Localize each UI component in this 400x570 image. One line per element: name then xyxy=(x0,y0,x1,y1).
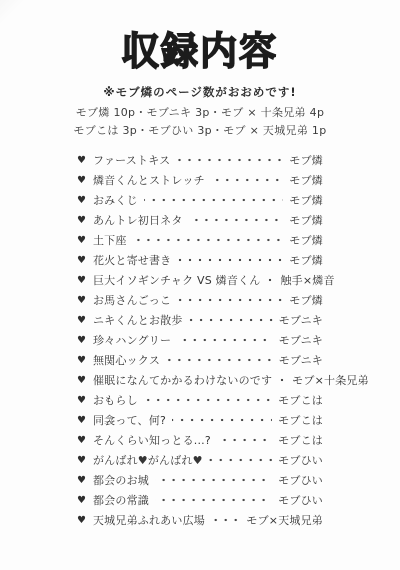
toc-item-attribution: モブ燐 xyxy=(289,152,323,168)
heart-bullet-icon: ♥ xyxy=(77,335,86,346)
heart-bullet-icon: ♥ xyxy=(77,455,86,466)
toc-row: ♥無関心ックスモブニキ xyxy=(77,350,323,370)
toc-item-attribution: モブひい xyxy=(278,472,323,488)
heart-bullet-icon: ♥ xyxy=(77,355,86,366)
toc-item-title: 催眠になんてかかるわけないのです xyxy=(93,372,272,388)
dot-leader xyxy=(177,255,283,265)
toc-item-title: ニキくんとお散歩 xyxy=(93,312,183,328)
toc-item-attribution: モブ×天城兄弟 xyxy=(246,512,323,528)
heart-bullet-icon: ♥ xyxy=(77,255,86,266)
dot-leader xyxy=(217,435,272,445)
dot-leader xyxy=(177,295,283,305)
toc-item-title: 天城兄弟ふれあい広場 xyxy=(93,512,205,528)
dot-leader xyxy=(278,375,286,385)
toc-item-title: 燐音くんとストレッチ xyxy=(93,172,205,188)
heart-bullet-icon: ♥ xyxy=(77,495,86,506)
toc-item-attribution: モブひい xyxy=(278,492,323,508)
toc-row: ♥燐音くんとストレッチモブ燐 xyxy=(77,170,323,190)
heart-bullet-icon: ♥ xyxy=(77,195,86,206)
toc-item-title: 都会のお城 xyxy=(93,472,149,488)
toc-item-attribution: モブニキ xyxy=(279,332,323,348)
toc-row: ♥花火と寄せ書きモブ燐 xyxy=(77,250,323,270)
heart-bullet-icon: ♥ xyxy=(77,475,86,486)
toc-row: ♥同衾って、何?モブこは xyxy=(77,410,323,430)
page-counts-line-1: モブ燐 10p・モブニキ 3p・モブ × 十条兄弟 4p xyxy=(0,104,400,122)
toc-row: ♥おもらしモブこは xyxy=(77,390,323,410)
toc-item-attribution: モブこは xyxy=(278,432,323,448)
toc-item-attribution: モブニキ xyxy=(279,352,323,368)
heart-bullet-icon: ♥ xyxy=(77,155,86,166)
toc-item-attribution: モブ燐 xyxy=(289,232,323,248)
toc-item-attribution: モブ燐 xyxy=(289,192,323,208)
heart-bullet-icon: ♥ xyxy=(77,215,86,226)
dot-leader xyxy=(166,355,273,365)
toc-row: ♥そんくらい知っとる...?モブこは xyxy=(77,430,323,450)
heart-bullet-icon: ♥ xyxy=(77,395,86,406)
toc-item-attribution: モブ燐 xyxy=(289,212,323,228)
heart-bullet-icon: ♥ xyxy=(77,315,86,326)
heart-bullet-icon: ♥ xyxy=(77,295,86,306)
toc-list: ♥ファーストキスモブ燐♥燐音くんとストレッチモブ燐♥おみくじモブ燐♥あんトレ初日… xyxy=(77,150,323,530)
toc-item-title: 珍々ハングリー xyxy=(93,332,171,348)
dot-leader xyxy=(172,415,272,425)
dot-leader xyxy=(155,495,272,505)
toc-item-title: あんトレ初日ネタ xyxy=(93,212,183,228)
heart-bullet-icon: ♥ xyxy=(77,435,86,446)
heart-bullet-icon: ♥ xyxy=(77,515,86,526)
toc-item-title: お馬さんごっこ xyxy=(93,292,171,308)
heart-bullet-icon: ♥ xyxy=(77,175,86,186)
toc-item-attribution: 触手×燐音 xyxy=(280,272,334,288)
toc-row: ♥おみくじモブ燐 xyxy=(77,190,323,210)
toc-item-attribution: モブこは xyxy=(278,392,323,408)
heart-bullet-icon: ♥ xyxy=(77,375,86,386)
toc-item-title: ファーストキス xyxy=(93,152,170,168)
toc-item-title: 同衾って、何? xyxy=(93,412,166,428)
dot-leader xyxy=(155,475,272,485)
toc-item-attribution: モブ×十条兄弟 xyxy=(292,372,369,388)
dot-leader xyxy=(144,395,272,405)
note-line: ※モブ燐のページ数がおおめです! xyxy=(0,84,400,100)
toc-row: ♥都会のお城モブひい xyxy=(77,470,323,490)
page-counts-line-2: モブこは 3p・モブひい 3p・モブ × 天城兄弟 1p xyxy=(0,122,400,140)
toc-row: ♥巨大イソギンチャク VS 燐音くん触手×燐音 xyxy=(77,270,323,290)
toc-row: ♥催眠になんてかかるわけないのですモブ×十条兄弟 xyxy=(77,370,323,390)
toc-item-title: 無関心ックス xyxy=(93,352,160,368)
toc-item-title: 花火と寄せ書き xyxy=(93,252,171,268)
toc-row: ♥お馬さんごっこモブ燐 xyxy=(77,290,323,310)
contents-page: 収録内容 ※モブ燐のページ数がおおめです! モブ燐 10p・モブニキ 3p・モブ… xyxy=(0,0,400,570)
dot-leader xyxy=(209,455,272,465)
dot-leader xyxy=(189,315,273,325)
toc-row: ♥あんトレ初日ネタモブ燐 xyxy=(77,210,323,230)
toc-row: ♥珍々ハングリーモブニキ xyxy=(77,330,323,350)
heart-bullet-icon: ♥ xyxy=(77,415,86,426)
toc-item-attribution: モブニキ xyxy=(279,312,323,328)
page-title: 収録内容 xyxy=(0,31,400,73)
toc-row: ♥ニキくんとお散歩モブニキ xyxy=(77,310,323,330)
toc-row: ♥ファーストキスモブ燐 xyxy=(77,150,323,170)
toc-item-title: 土下座 xyxy=(93,232,127,248)
toc-row: ♥天城兄弟ふれあい広場モブ×天城兄弟 xyxy=(77,510,323,530)
toc-item-attribution: モブ燐 xyxy=(289,252,323,268)
dot-leader xyxy=(133,235,284,245)
toc-item-title: 都会の常識 xyxy=(93,492,149,508)
dot-leader xyxy=(177,335,273,345)
dot-leader xyxy=(144,195,284,205)
toc-item-attribution: モブひい xyxy=(278,452,323,468)
toc-item-title: そんくらい知っとる...? xyxy=(93,432,211,448)
toc-item-attribution: モブ燐 xyxy=(289,292,323,308)
heart-bullet-icon: ♥ xyxy=(77,235,86,246)
toc-item-attribution: モブ燐 xyxy=(289,172,323,188)
toc-item-attribution: モブこは xyxy=(278,412,323,428)
toc-row: ♥都会の常識モブひい xyxy=(77,490,323,510)
dot-leader xyxy=(266,275,274,285)
toc-item-title: 巨大イソギンチャク VS 燐音くん xyxy=(93,272,260,288)
toc-row: ♥土下座モブ燐 xyxy=(77,230,323,250)
dot-leader xyxy=(189,215,284,225)
dot-leader xyxy=(211,515,240,525)
toc-item-title: がんばれ♥がんばれ♥ xyxy=(93,452,203,468)
toc-item-title: おもらし xyxy=(93,392,138,408)
toc-row: ♥がんばれ♥がんばれ♥モブひい xyxy=(77,450,323,470)
toc-item-title: おみくじ xyxy=(93,192,138,208)
heart-bullet-icon: ♥ xyxy=(77,275,86,286)
dot-leader xyxy=(211,175,284,185)
dot-leader xyxy=(176,155,283,165)
